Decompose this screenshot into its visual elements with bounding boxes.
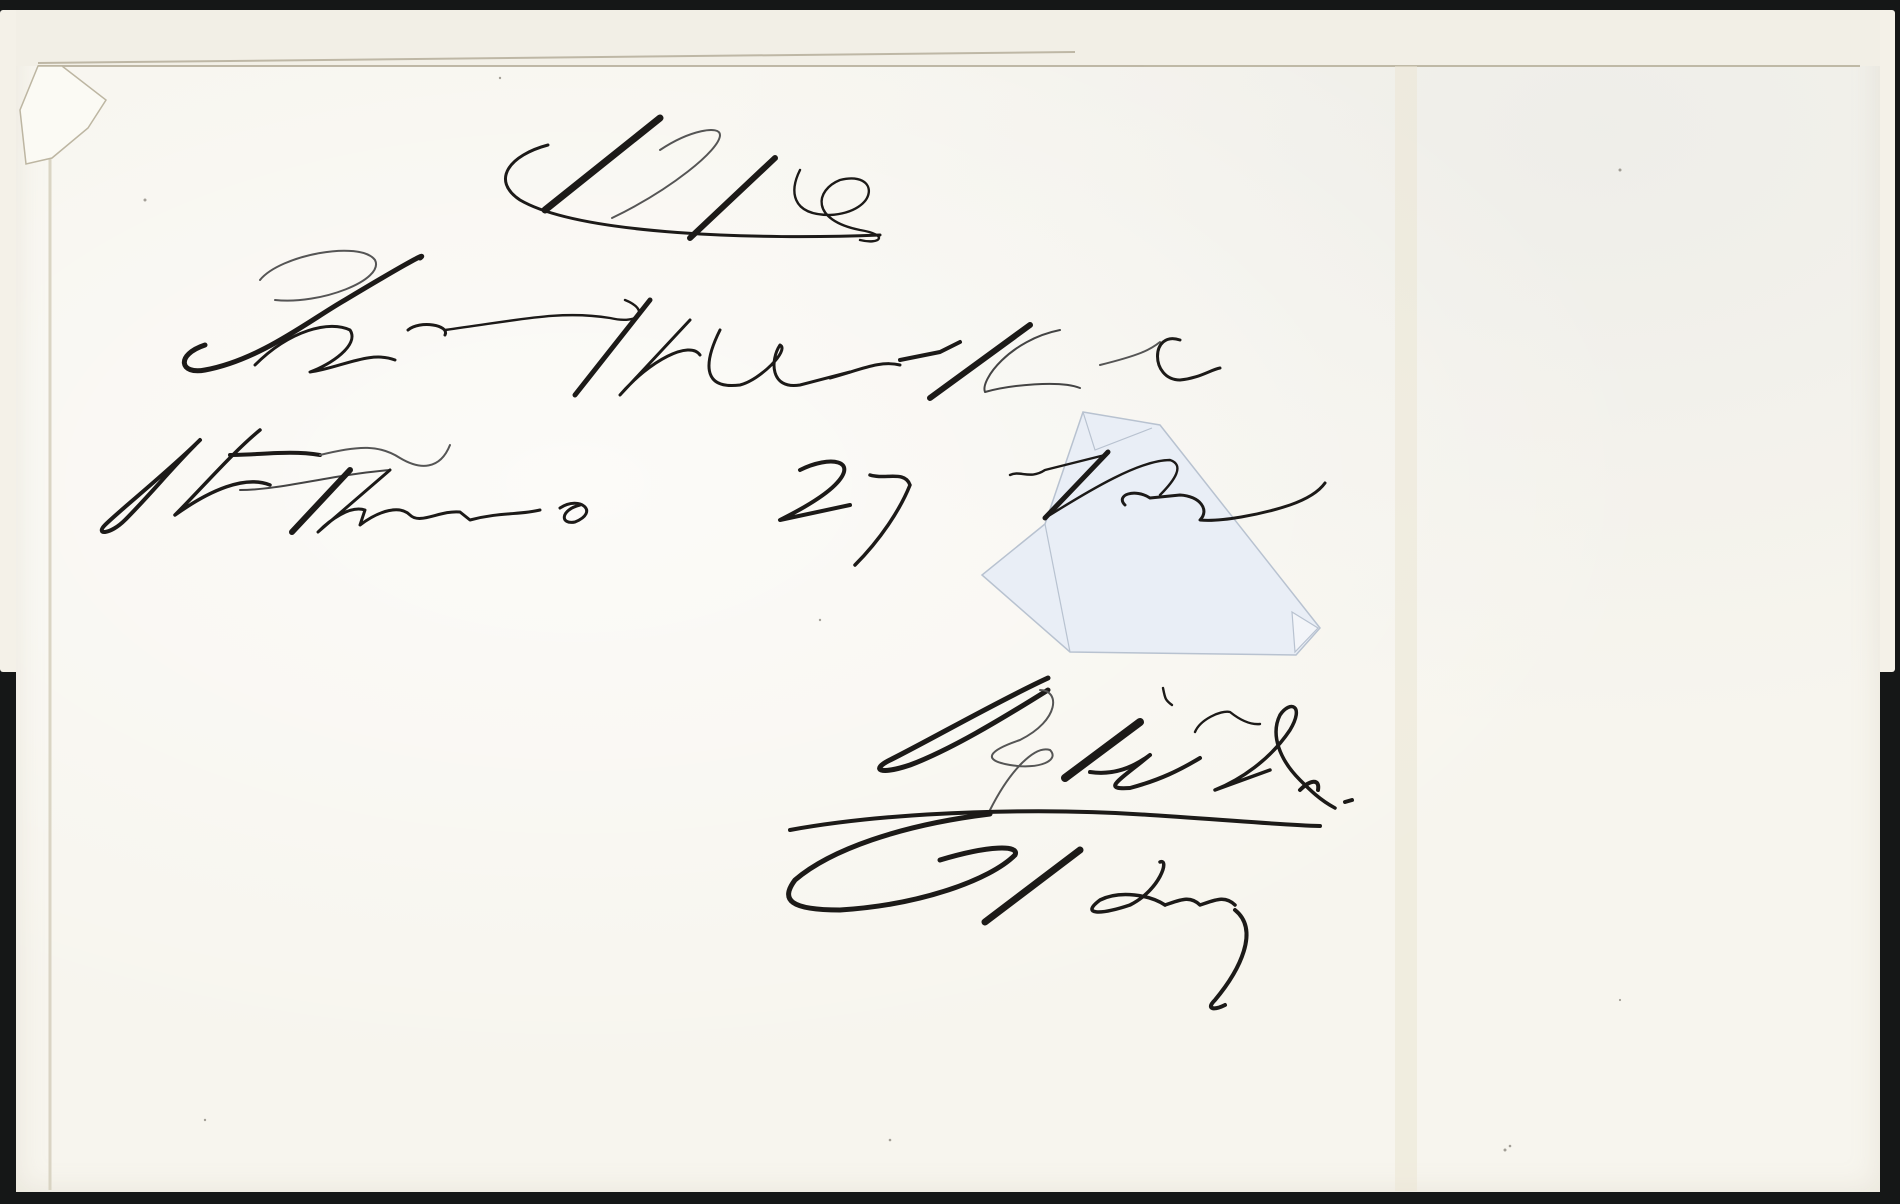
top-fold-line-upper	[38, 52, 1075, 63]
corner-fold-icon	[20, 66, 106, 164]
handwriting-place-date	[102, 430, 910, 565]
letter-artwork	[0, 0, 1900, 1204]
handwriting-answered	[789, 814, 1247, 1008]
handwriting-addressee	[184, 90, 1220, 398]
handwriting-received	[790, 678, 1352, 830]
letter-scan: 1 R C Skovs Willinkle C St Thomas 27 Nov…	[0, 0, 1900, 1204]
vertical-fold-crease	[1395, 66, 1417, 1191]
wafer-seal-icon	[982, 412, 1320, 655]
fold-lines	[38, 52, 1860, 1190]
handwriting-rate	[505, 118, 880, 241]
